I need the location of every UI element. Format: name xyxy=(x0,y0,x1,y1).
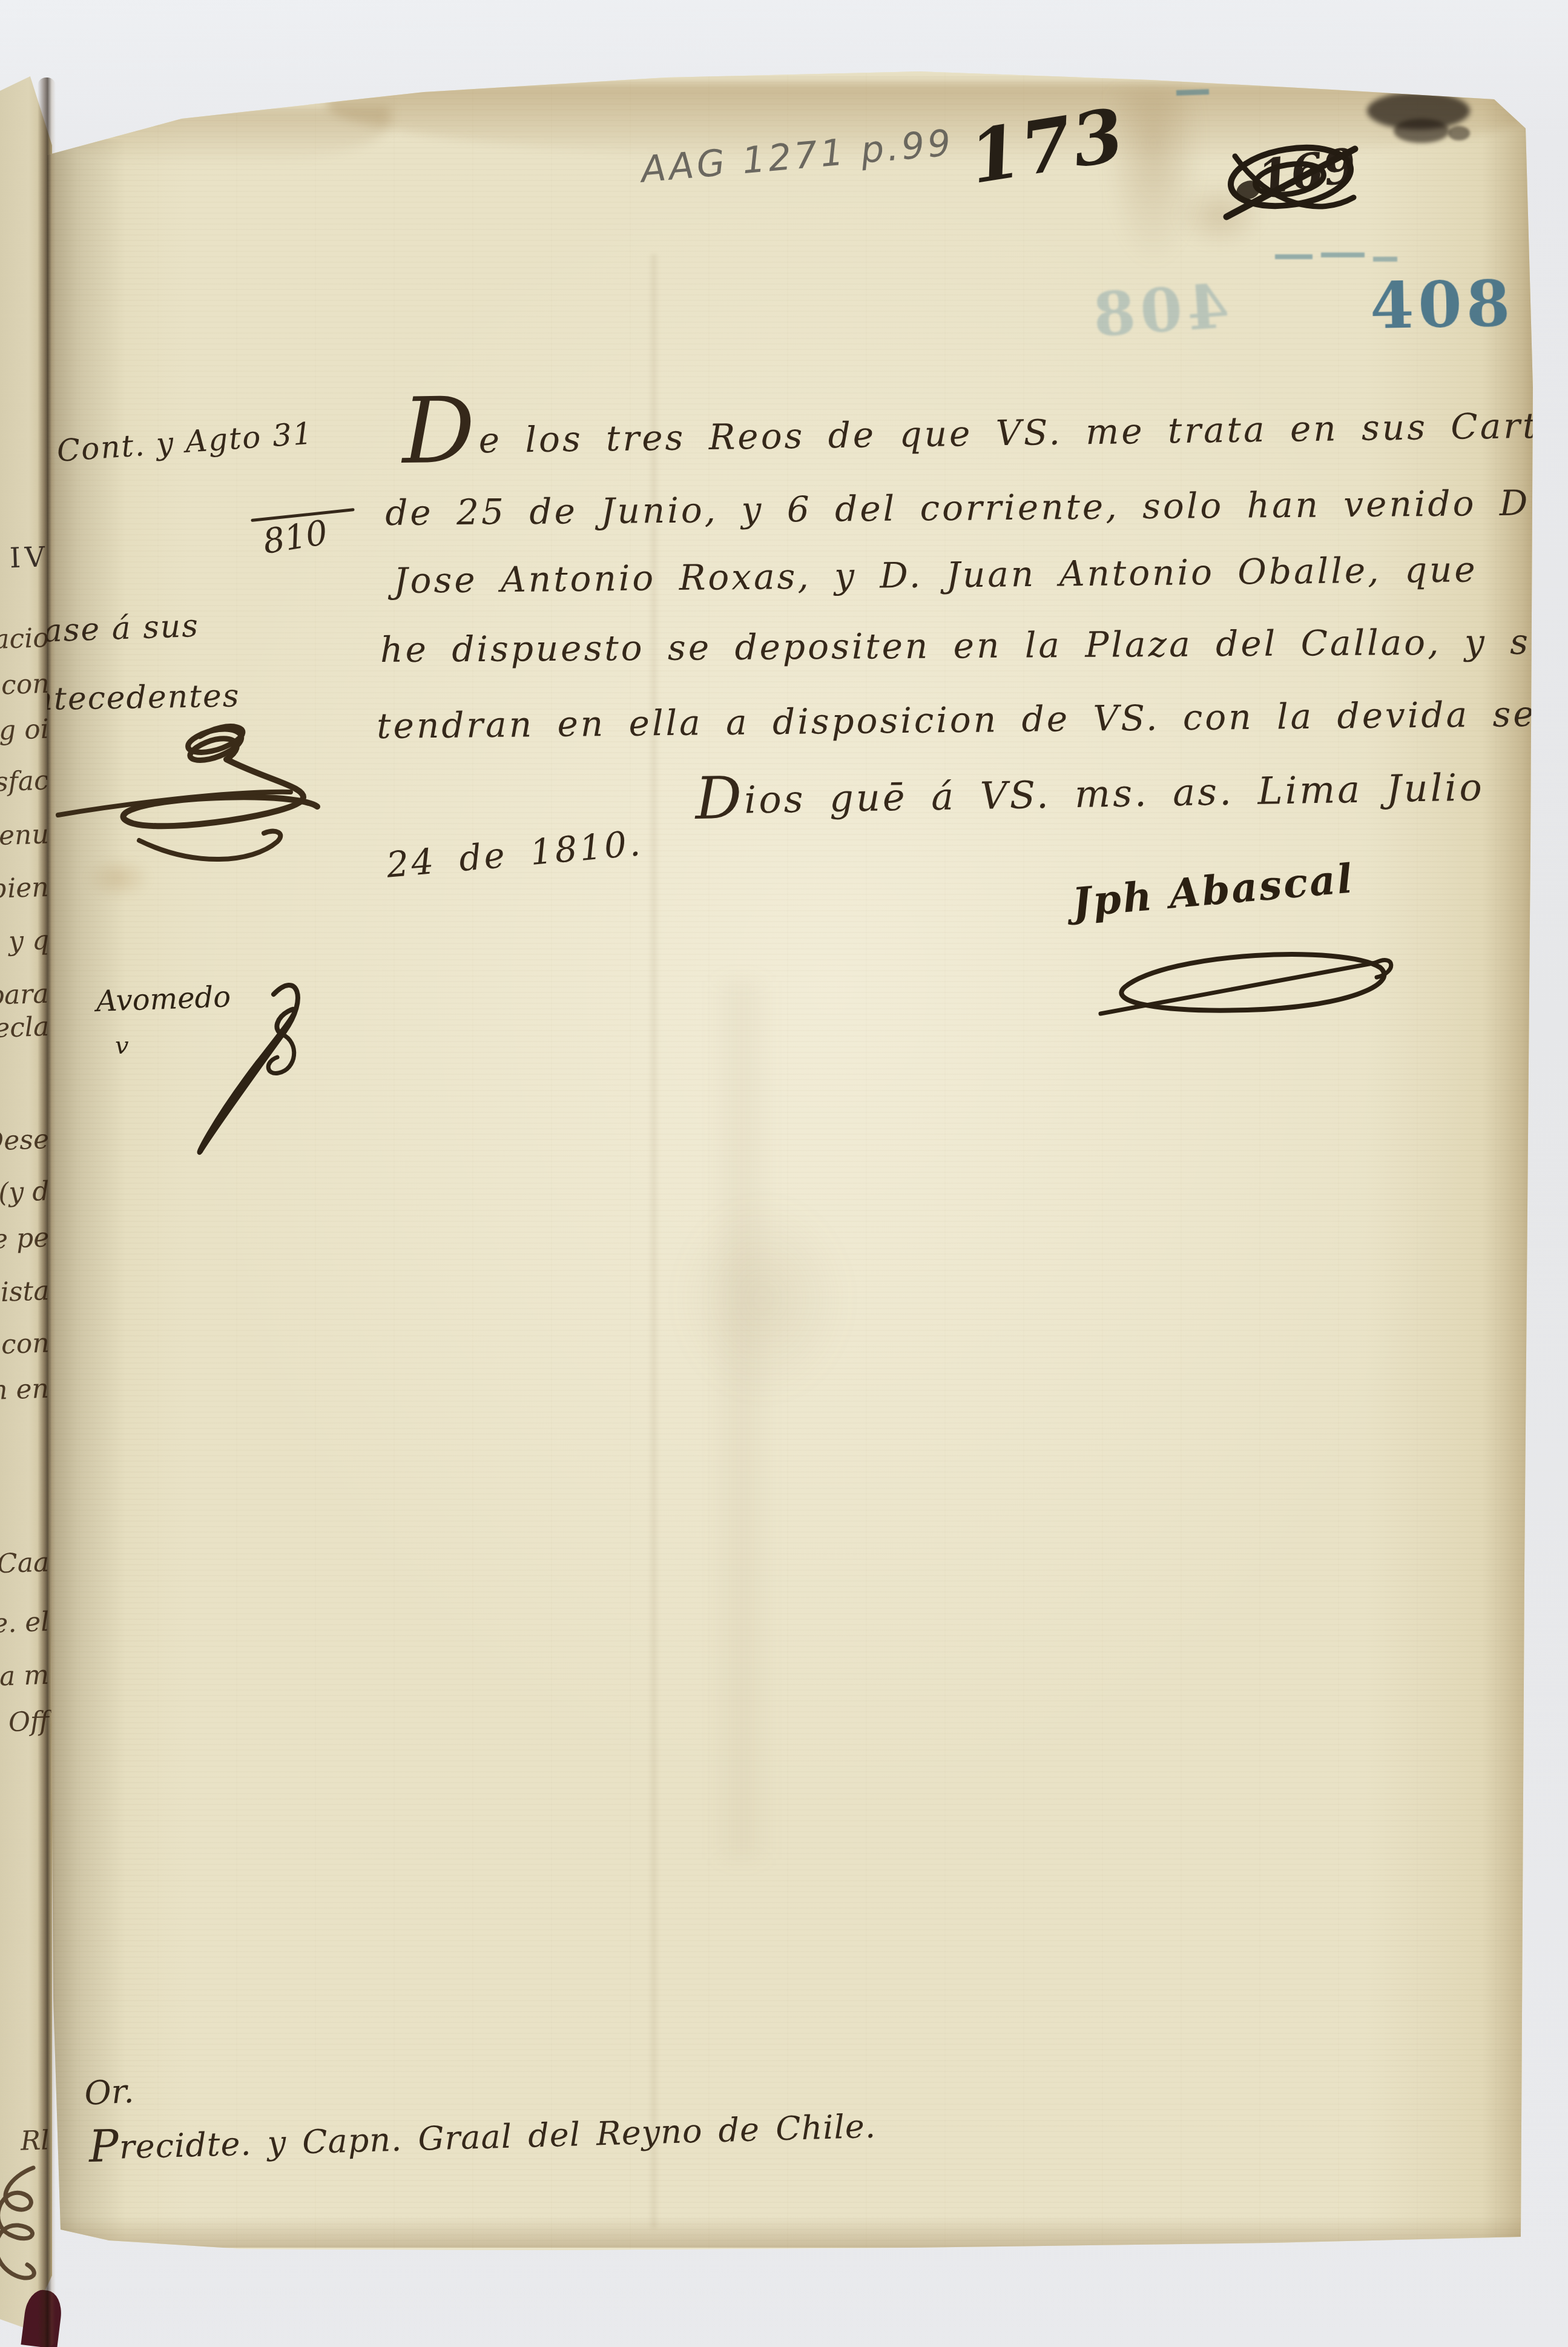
paper-texture xyxy=(0,0,1568,2347)
stamp-offset-mark xyxy=(1373,257,1397,262)
manuscript-scan: OS IV nacio con g oi atisfac renu r bien… xyxy=(0,0,1568,2347)
body-line: he dispuesto se depositen en la Plaza de… xyxy=(380,623,1568,667)
address-abbrev: Or. xyxy=(84,2072,135,2113)
stamp-ghost: 408 xyxy=(1086,270,1231,351)
body-line: de 25 de Junio, y 6 del corriente, solo … xyxy=(385,485,1568,530)
stamp-offset-mark xyxy=(1275,254,1313,259)
ink-smudge xyxy=(1448,126,1470,140)
crossout-scribble xyxy=(1218,130,1363,226)
number-stamp: 408 xyxy=(1369,266,1515,343)
stamp-offset-mark xyxy=(1321,253,1365,257)
gutter-crease xyxy=(38,78,56,2347)
body-line: Jose Antonio Roxas, y D. Juan Antonio Ob… xyxy=(394,552,1478,598)
manuscript-page: AAG 1271 p.99 173 169 408 408 Cont. y Ag… xyxy=(0,0,1568,2347)
ink-smudge xyxy=(1394,119,1449,143)
rubric-flourish-drawing xyxy=(48,715,339,884)
clerk-flourish-drawing xyxy=(182,966,315,1166)
blue-edge-mark xyxy=(1176,89,1209,96)
signature-flourish-drawing xyxy=(1090,935,1405,1032)
clerk-signature-mark: v xyxy=(115,1032,129,1060)
